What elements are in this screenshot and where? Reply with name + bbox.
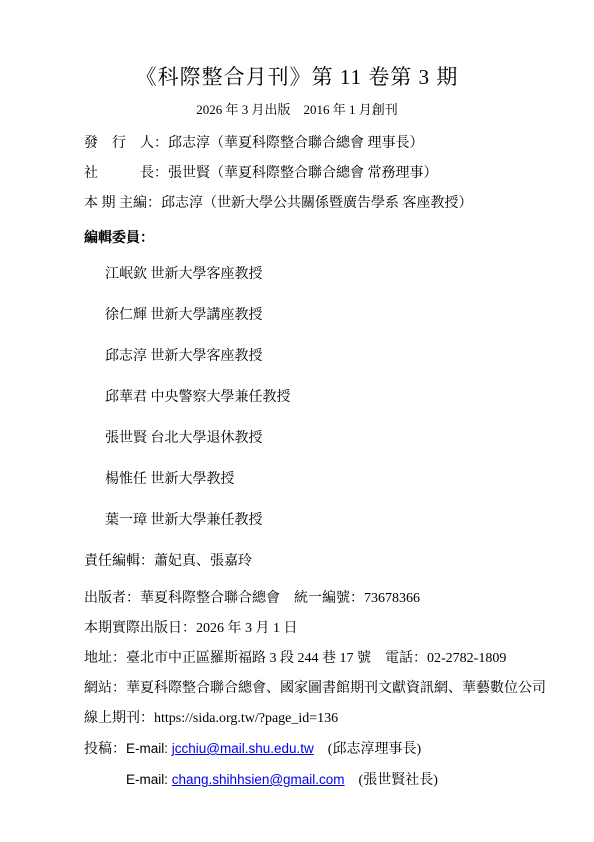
- submission-line-2: E-mail: chang.shihhsien@gmail.com (張世賢社長…: [84, 772, 554, 788]
- committee-member: 邱志淳 世新大學客座教授: [105, 349, 554, 364]
- committee-member: 楊惟任 世新大學教授: [105, 472, 554, 487]
- committee-member: 張世賢 台北大學退休教授: [105, 431, 554, 446]
- submission-line-1: 投稿：E-mail: jcchiu@mail.shu.edu.tw (邱志淳理事…: [84, 741, 554, 757]
- submission-label: 投稿：: [84, 742, 126, 757]
- email-link-jcchiu[interactable]: jcchiu@mail.shu.edu.tw: [172, 741, 314, 756]
- committee-member: 葉一璋 世新大學兼任教授: [105, 513, 554, 528]
- document-page: 《科際整合月刊》第 11 卷第 3 期 2026 年 3 月出版 2016 年 …: [0, 0, 594, 842]
- online-journal-line: 線上期刊：https://sida.org.tw/?page_id=136: [84, 711, 554, 726]
- committee-member: 徐仁輝 世新大學講座教授: [105, 308, 554, 323]
- committee-member-list: 江岷欽 世新大學客座教授 徐仁輝 世新大學講座教授 邱志淳 世新大學客座教授 邱…: [105, 267, 554, 528]
- email-note: (張世賢社長): [345, 773, 438, 788]
- websites-line: 網站：華夏科際整合聯合總會、國家圖書館期刊文獻資訊網、華藝數位公司: [84, 681, 554, 696]
- email-link-chang[interactable]: chang.shihhsien@gmail.com: [172, 772, 345, 787]
- committee-member: 邱華君 中央警察大學兼任教授: [105, 390, 554, 405]
- address-line: 地址：臺北市中正區羅斯福路 3 段 244 巷 17 號 電話：02-2782-…: [84, 651, 554, 666]
- masthead-section: 發 行 人：邱志淳（華夏科際整合聯合總會 理事長） 社 長：張世賢（華夏科際整合…: [84, 136, 554, 211]
- committee-heading: 編輯委員：: [84, 231, 554, 246]
- journal-title: 《科際整合月刊》第 11 卷第 3 期: [0, 0, 594, 90]
- president-line: 社 長：張世賢（華夏科際整合聯合總會 常務理事）: [84, 166, 554, 181]
- committee-member: 江岷欽 世新大學客座教授: [105, 267, 554, 282]
- email-note: (邱志淳理事長): [314, 742, 421, 757]
- email-label: E-mail:: [126, 772, 172, 787]
- issuer-line: 發 行 人：邱志淳（華夏科際整合聯合總會 理事長）: [84, 136, 554, 151]
- managing-editors-section: 責任編輯：蕭妃真、張嘉玲: [84, 554, 554, 569]
- pub-date-line: 本期實際出版日：2026 年 3 月 1 日: [84, 621, 554, 636]
- email-label: E-mail:: [126, 741, 172, 756]
- publication-info-section: 出版者：華夏科際整合聯合總會 統一編號：73678366 本期實際出版日：202…: [84, 591, 554, 788]
- journal-subtitle: 2026 年 3 月出版 2016 年 1 月創刊: [0, 101, 594, 118]
- publisher-line: 出版者：華夏科際整合聯合總會 統一編號：73678366: [84, 591, 554, 606]
- managing-editors-line: 責任編輯：蕭妃真、張嘉玲: [84, 554, 554, 569]
- chief-editor-line: 本 期 主編：邱志淳（世新大學公共關係暨廣告學系 客座教授）: [84, 196, 554, 211]
